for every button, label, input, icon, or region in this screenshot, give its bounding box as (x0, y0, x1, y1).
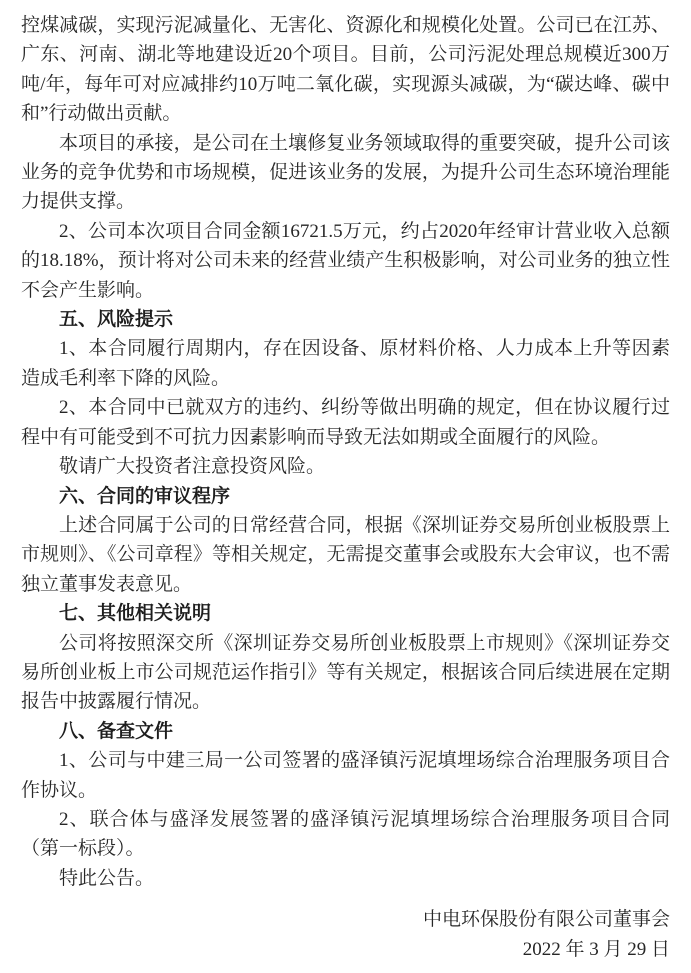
signature-block: 中电环保股份有限公司董事会 2022 年 3 月 29 日 (21, 905, 670, 965)
announcement-body: 控煤减碳，实现污泥减量化、无害化、资源化和规模化处置。公司已在江苏、广东、河南、… (21, 11, 670, 893)
paragraph: 2、联合体与盛泽发展签署的盛泽镇污泥填埋场综合治理服务项目合同（第一标段）。 (21, 805, 670, 864)
section-heading: 五、风险提示 (21, 305, 670, 334)
paragraph: 1、本合同履行周期内，存在因设备、原材料价格、人力成本上升等因素造成毛利率下降的… (21, 334, 670, 393)
paragraph: 上述合同属于公司的日常经营合同，根据《深圳证券交易所创业板股票上市规则》、《公司… (21, 511, 670, 599)
paragraph: 2、本合同中已就双方的违约、纠纷等做出明确的规定，但在协议履行过程中有可能受到不… (21, 393, 670, 452)
paragraph: 敬请广大投资者注意投资风险。 (21, 452, 670, 481)
paragraph: 公司将按照深交所《深圳证券交易所创业板股票上市规则》《深圳证券交易所创业板上市公… (21, 629, 670, 717)
signature-company: 中电环保股份有限公司董事会 (21, 905, 670, 935)
paragraph: 特此公告。 (21, 864, 670, 893)
paragraph: 控煤减碳，实现污泥减量化、无害化、资源化和规模化处置。公司已在江苏、广东、河南、… (21, 11, 670, 129)
section-heading: 七、其他相关说明 (21, 599, 670, 628)
section-heading: 六、合同的审议程序 (21, 482, 670, 511)
announcement-page: 控煤减碳，实现污泥减量化、无害化、资源化和规模化处置。公司已在江苏、广东、河南、… (0, 0, 691, 973)
paragraph: 2、公司本次项目合同金额16721.5万元，约占2020年经审计营业收入总额的1… (21, 217, 670, 305)
section-heading: 八、备查文件 (21, 717, 670, 746)
paragraph: 1、公司与中建三局一公司签署的盛泽镇污泥填埋场综合治理服务项目合作协议。 (21, 746, 670, 805)
paragraph: 本项目的承接，是公司在土壤修复业务领域取得的重要突破，提升公司该业务的竞争优势和… (21, 129, 670, 217)
signature-date: 2022 年 3 月 29 日 (21, 935, 670, 965)
